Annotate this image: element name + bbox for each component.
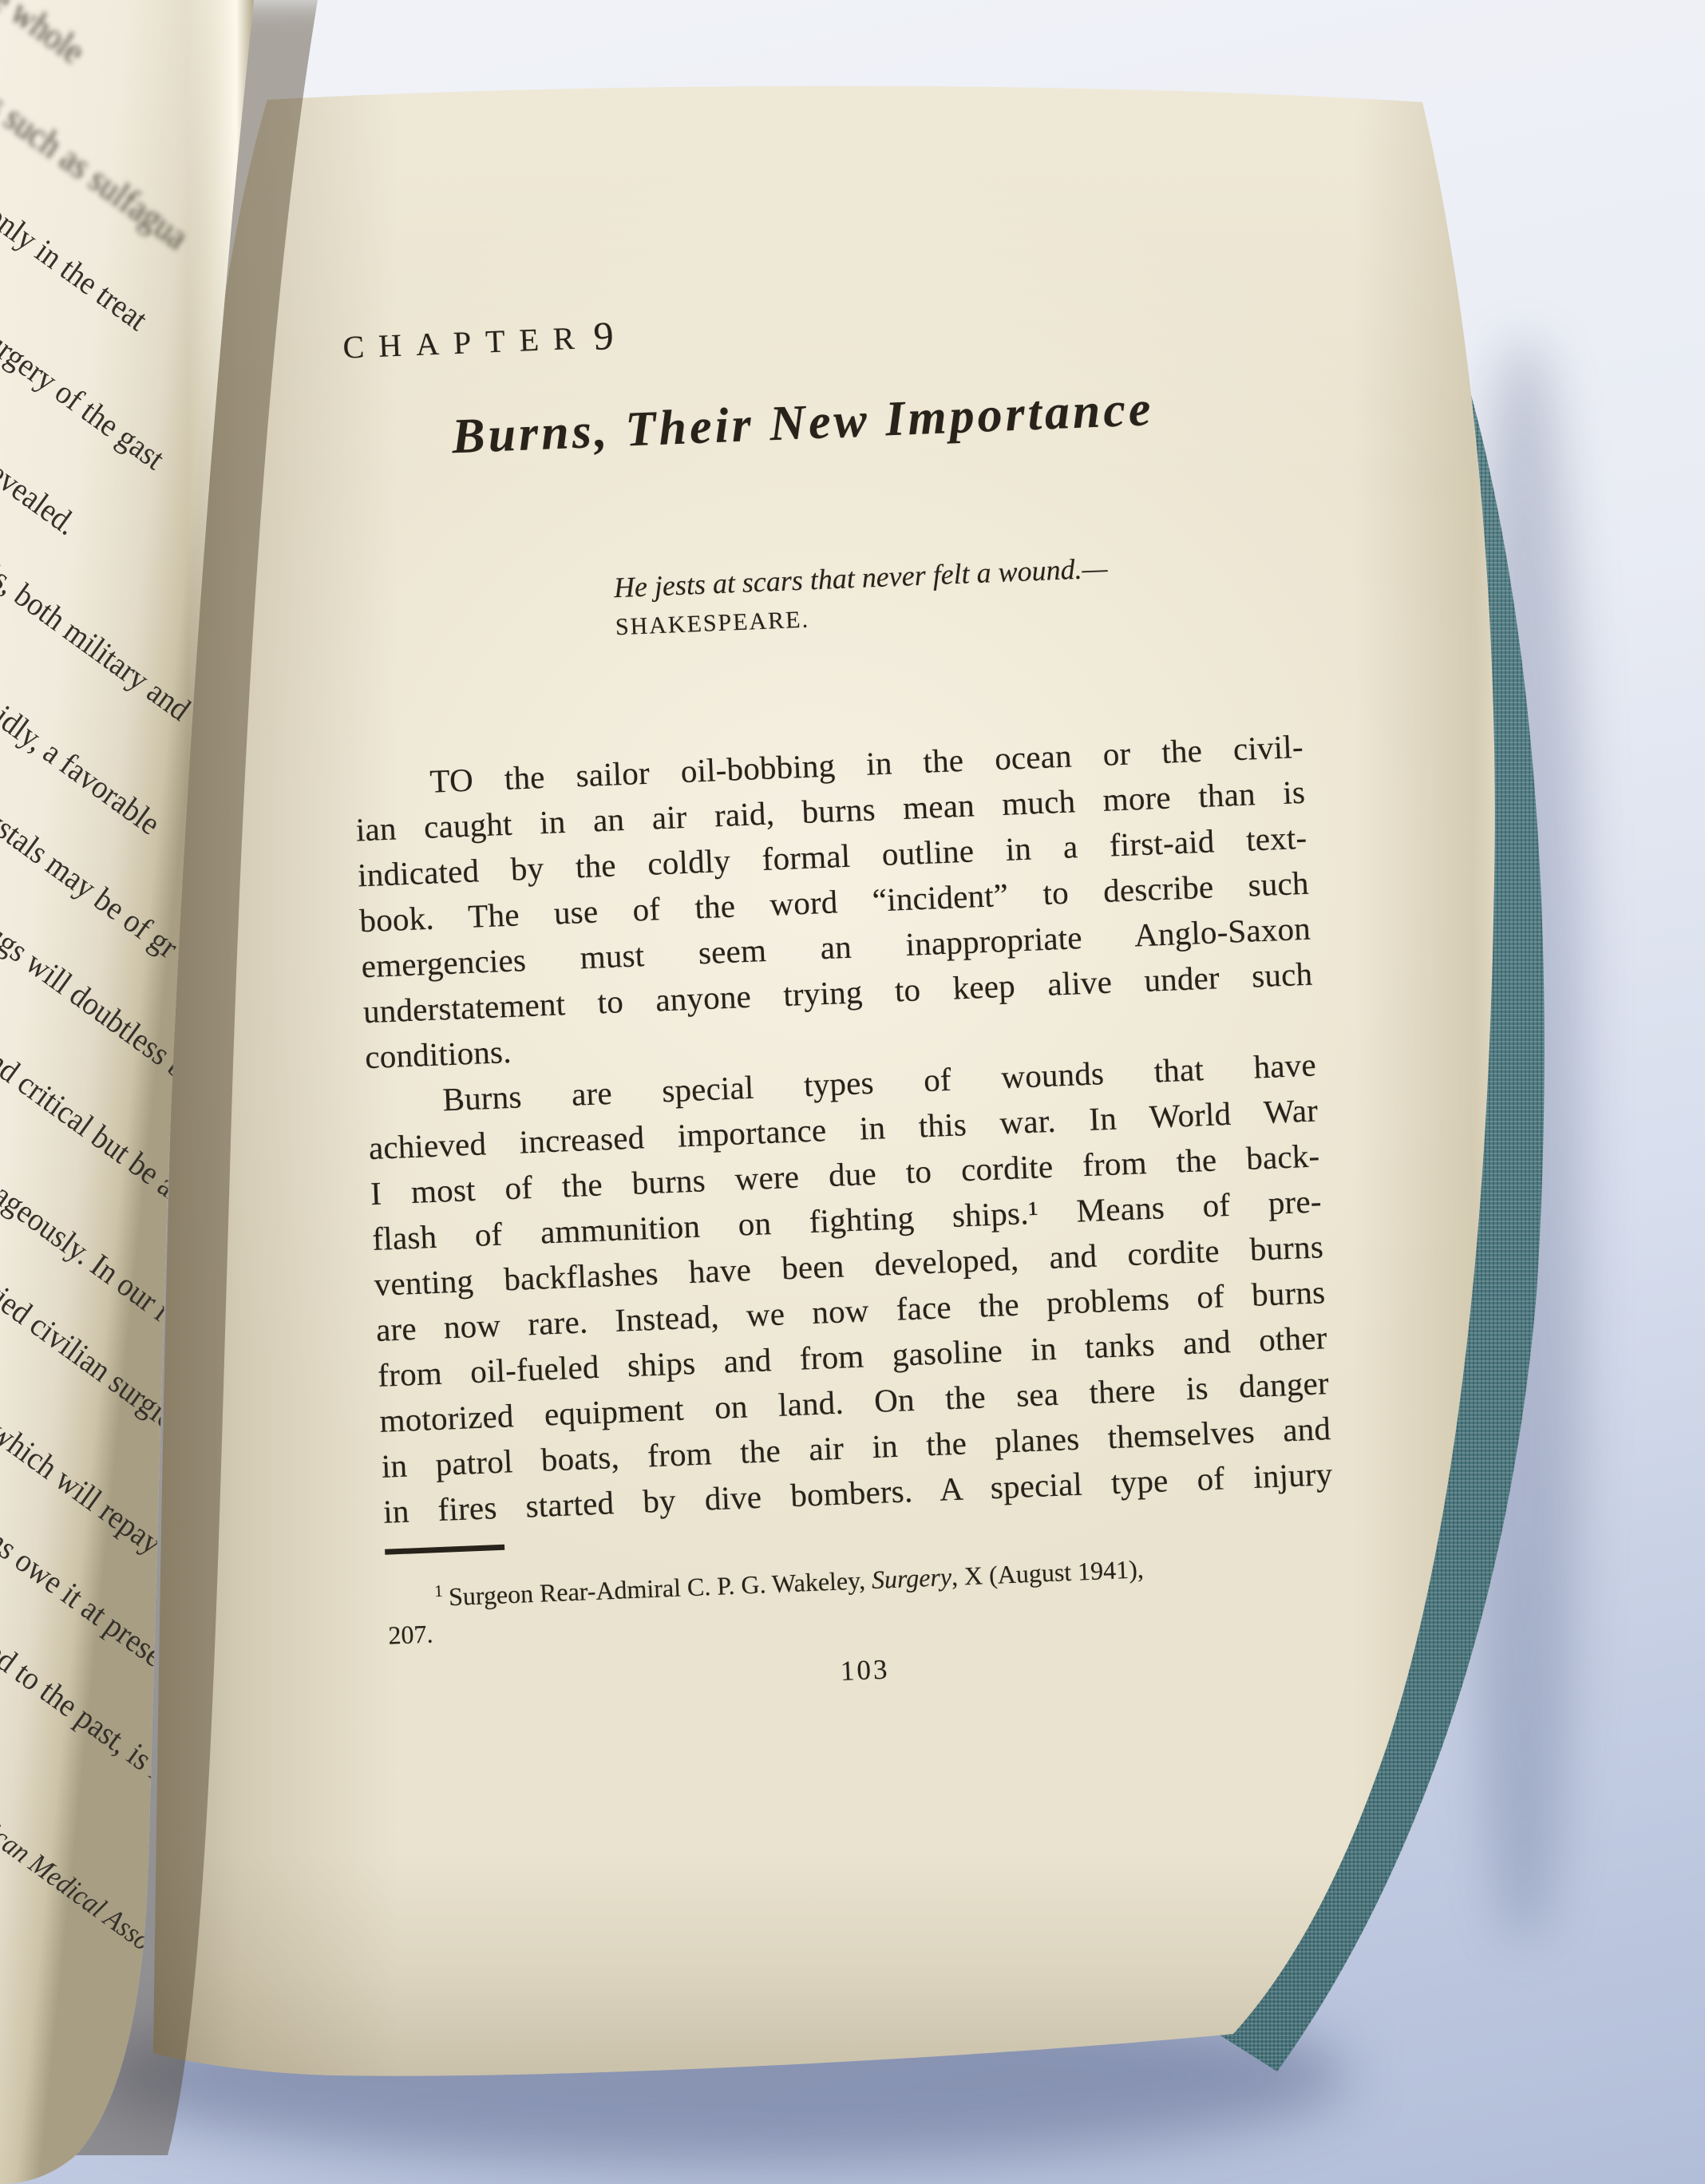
epigraph: He jests at scars that never felt a woun… <box>613 544 1298 641</box>
paragraph: Burns are special types of wounds that h… <box>366 1042 1333 1534</box>
footnote: 1Surgeon Rear-Admiral C. P. G. Wakeley, … <box>386 1537 1338 1653</box>
footnote-work-title: Surgery <box>871 1562 951 1594</box>
chapter-title: Burns, Their New Importance <box>451 375 1291 465</box>
footnote-marker: 1 <box>434 1581 443 1600</box>
footnote-text-cont: , X (August 1941), <box>951 1554 1144 1591</box>
body-text: TO the sailor oil-bobbing in the ocean o… <box>353 724 1333 1535</box>
chapter-number: 9 <box>592 313 614 358</box>
page-content: CHAPTER9 Burns, Their New Importance He … <box>335 277 1340 1705</box>
chapter-label: CHAPTER <box>342 319 590 365</box>
photo-backdrop: CHAPTER9 Burns, Their New Importance He … <box>0 0 1705 2184</box>
paragraph: TO the sailor oil-bobbing in the ocean o… <box>353 724 1315 1080</box>
footnote-rule <box>385 1545 504 1555</box>
